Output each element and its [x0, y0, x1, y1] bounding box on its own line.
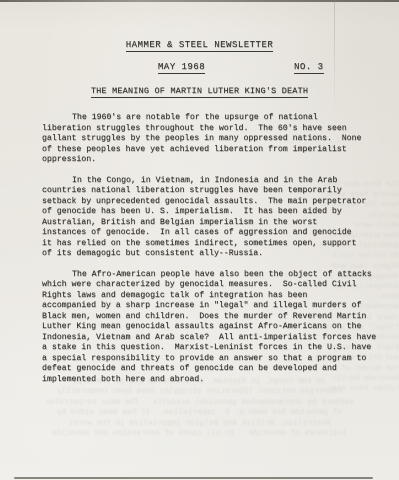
paragraph-3: The Afro-American people have also been …	[42, 270, 383, 386]
issue-number: NO. 3	[294, 62, 324, 74]
masthead: HAMMER & STEEL NEWSLETTER	[0, 40, 399, 50]
newsletter-page: HAMMER & STEEL NEWSLETTER MAY 1968 NO. 3…	[0, 0, 399, 480]
masthead-text: HAMMER & STEEL NEWSLETTER	[126, 40, 274, 52]
paragraph-1: The 1960's are notable for the upsurge o…	[42, 113, 383, 166]
newsletter-header: HAMMER & STEEL NEWSLETTER MAY 1968 NO. 3…	[0, 40, 399, 96]
paper-crease	[334, 0, 335, 120]
article-body: The 1960's are notable for the upsurge o…	[0, 96, 399, 385]
scan-edge-top	[0, 0, 399, 2]
bleedthrough-ghost-bottom: In the Congo, in Vietnam, in Indonesia a…	[34, 377, 365, 435]
dateline: MAY 1968 NO. 3	[0, 62, 399, 74]
issue-date: MAY 1968	[158, 62, 205, 74]
article-title-text: THE MEANING OF MARTIN LUTHER KING'S DEAT…	[91, 86, 308, 98]
article-title: THE MEANING OF MARTIN LUTHER KING'S DEAT…	[0, 86, 399, 96]
scan-edge-bottom	[14, 477, 373, 479]
paragraph-2: In the Congo, in Vietnam, in Indonesia a…	[42, 176, 383, 260]
